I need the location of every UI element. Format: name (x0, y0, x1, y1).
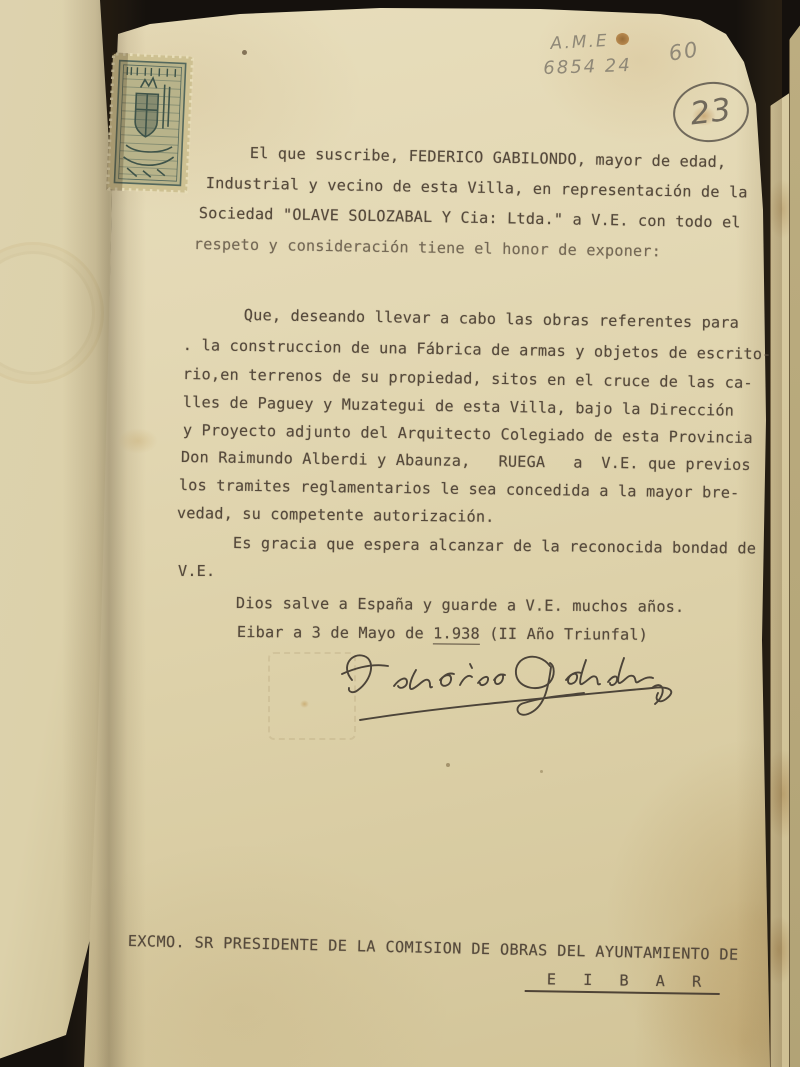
pencil-number-60: 60 (667, 37, 701, 66)
letter-line: vedad, su competente autorización. (177, 506, 495, 525)
salutation-line: Dios salve a España y guarde a V.E. much… (236, 596, 685, 615)
stacked-page-edge (789, 24, 800, 1067)
letter-line: V.E. (178, 564, 215, 579)
addressee-city: E I B A R (525, 972, 721, 995)
archive-code-line1: A.M.E (550, 31, 609, 54)
stacked-page-edge (770, 92, 791, 1067)
signature (322, 636, 684, 736)
revenue-stamp-icon (106, 52, 194, 197)
circled-page-number-value: 23 (688, 92, 734, 133)
archive-code-line2: 6854 24 (543, 55, 632, 79)
document-photo: A.M.E 6854 24 60 23 El que suscribe, FED… (0, 0, 800, 1067)
